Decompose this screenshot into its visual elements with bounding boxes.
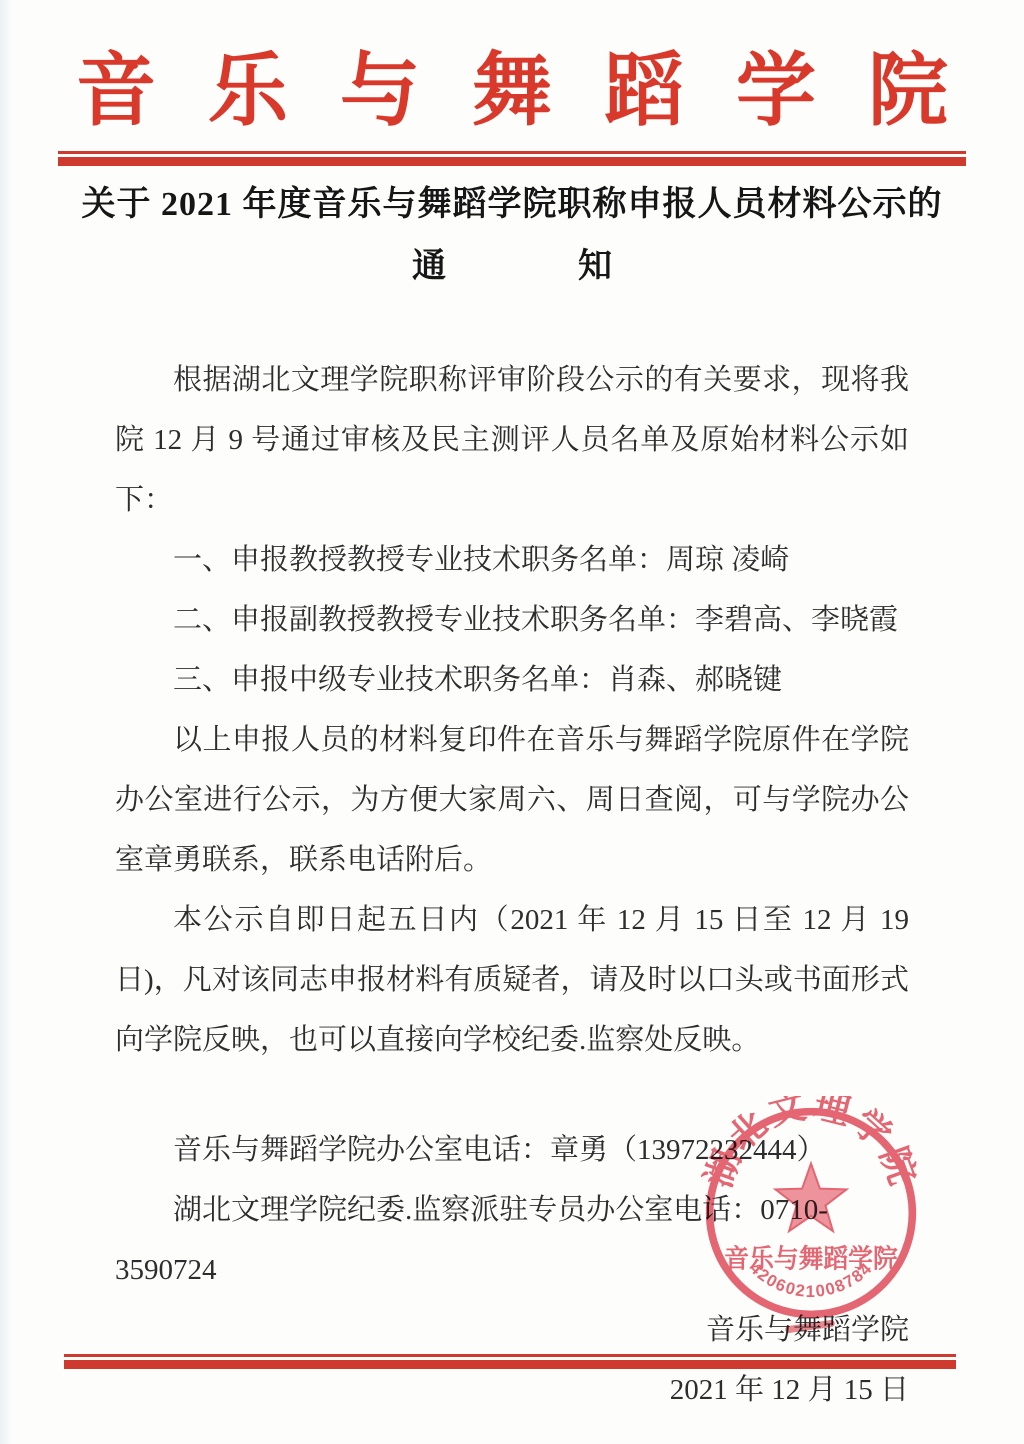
- title-char-zhi: 知: [578, 238, 612, 287]
- seal-star-icon: [775, 1164, 846, 1231]
- list-item-associate-professor: 二、申报副教授教授专业技术职务名单：李碧高、李晓霞: [115, 590, 909, 650]
- divider-thick-line: [64, 1360, 956, 1369]
- official-seal: 湖北文理学院 音乐与舞蹈学院 4206021008784: [694, 1096, 928, 1330]
- notice-document: 音乐与舞蹈学院 关于 2021 年度音乐与舞蹈学院职称申报人员材料公示的 通 知…: [0, 0, 1024, 1444]
- list-item-professor: 一、申报教授教授专业技术职务名单：周琼 凌崎: [115, 530, 909, 590]
- footer-divider: [64, 1354, 956, 1369]
- list-item-intermediate: 三、申报中级专业技术职务名单：肖森、郝晓键: [115, 650, 909, 710]
- divider-thick-line: [58, 157, 966, 166]
- letterhead-title: 音乐与舞蹈学院: [0, 44, 1024, 140]
- publicity-period-paragraph: 本公示自即日起五日内（2021 年 12 月 15 日至 12 月 19 日)，…: [115, 890, 909, 1070]
- title-char-tong: 通: [412, 238, 446, 287]
- notice-title-line2: 通 知: [0, 238, 1024, 287]
- signature-date: 2021 年 12 月 15 日: [115, 1360, 909, 1420]
- materials-paragraph: 以上申报人员的材料复印件在音乐与舞蹈学院原件在学院办公室进行公示，为方便大家周六…: [115, 710, 909, 890]
- letterhead-divider: [58, 151, 966, 166]
- notice-title-line1: 关于 2021 年度音乐与舞蹈学院职称申报人员材料公示的: [0, 176, 1024, 225]
- intro-paragraph: 根据湖北文理学院职称评审阶段公示的有关要求，现将我院 12 月 9 号通过审核及…: [115, 350, 909, 530]
